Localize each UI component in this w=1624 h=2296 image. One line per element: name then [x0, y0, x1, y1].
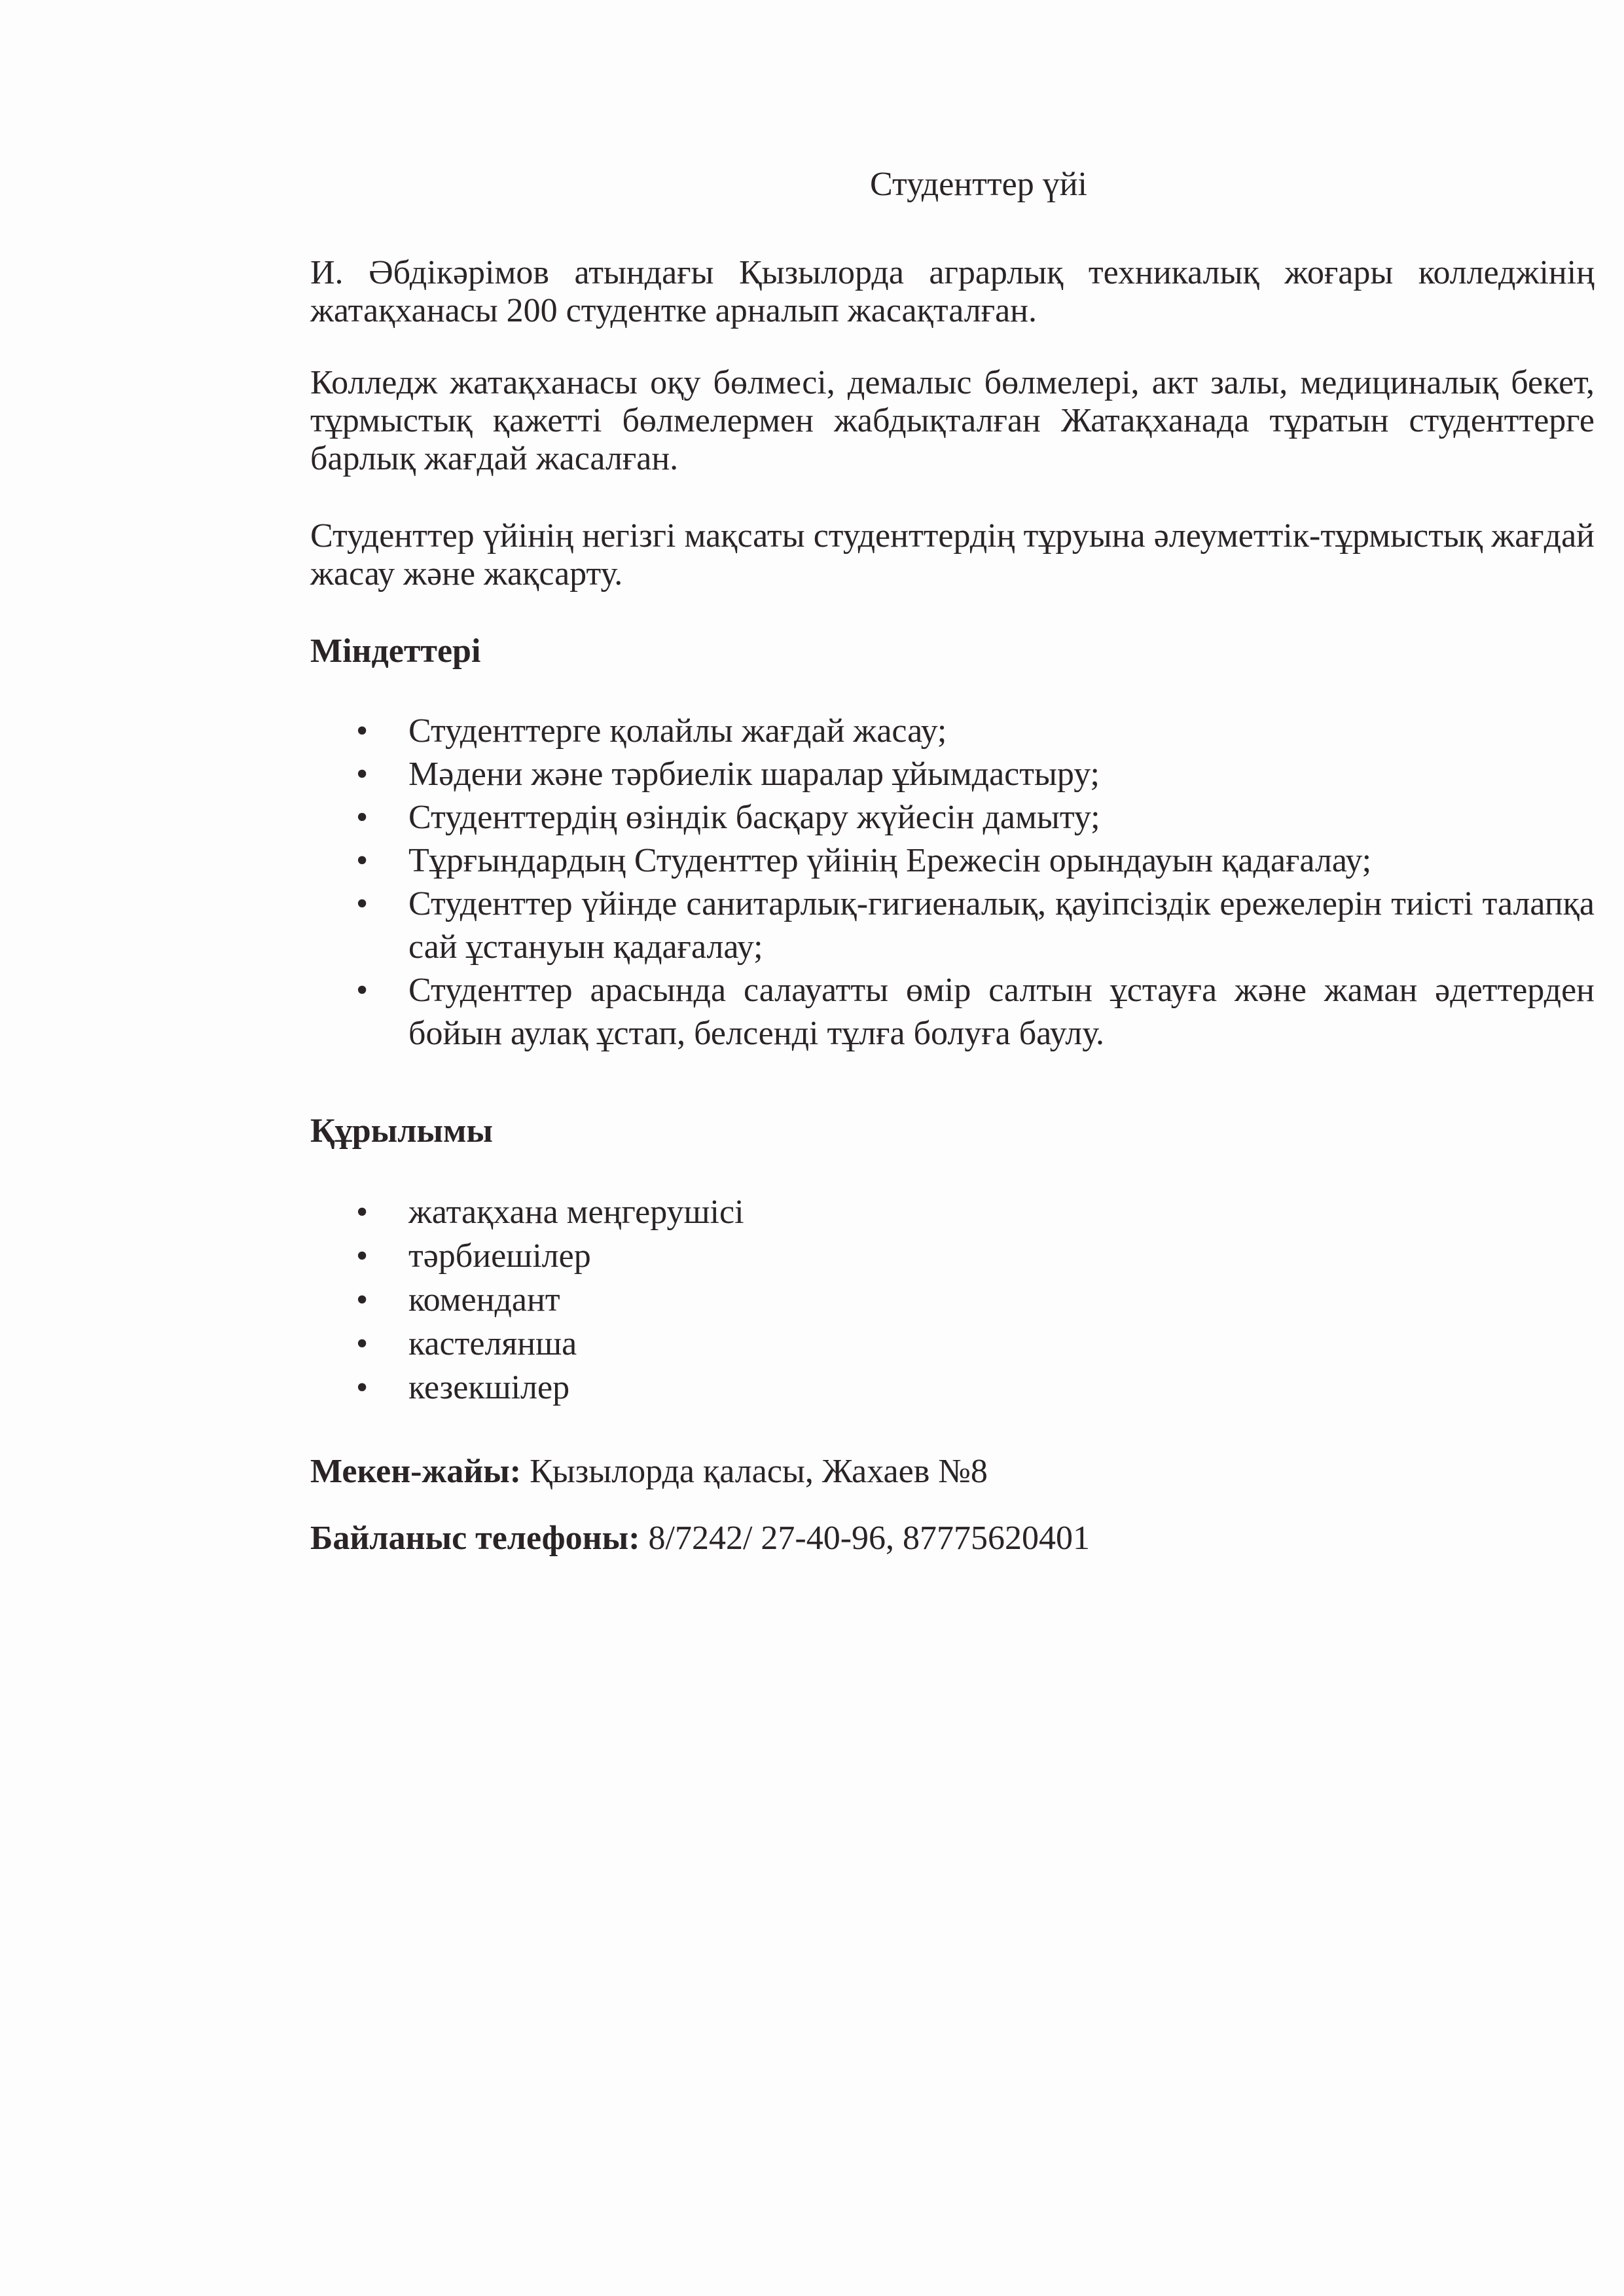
document-title: Студенттер үйі: [310, 165, 1595, 204]
address-label: Мекен-жайы:: [310, 1453, 521, 1490]
address-value: Қызылорда қаласы, Жахаев №8: [521, 1453, 988, 1490]
structure-heading: Құрылымы: [310, 1112, 493, 1150]
bullet-icon: •: [356, 1366, 368, 1410]
list-item: •кастелянша: [310, 1322, 1595, 1366]
bullet-icon: •: [356, 883, 368, 926]
list-item: •жатақхана меңгерушісі: [310, 1190, 1595, 1234]
list-item: •Тұрғындардың Студенттер үйінің Ережесін…: [310, 839, 1595, 883]
bullet-icon: •: [356, 1190, 368, 1234]
tasks-list: •Студенттерге қолайлы жағдай жасау; •Мәд…: [310, 710, 1595, 1055]
bullet-icon: •: [356, 969, 368, 1012]
tasks-heading: Міндеттері: [310, 632, 480, 670]
purpose-paragraph: Студенттер үйінің негізгі мақсаты студен…: [310, 517, 1595, 593]
list-item: •кезекшілер: [310, 1366, 1595, 1410]
list-item: •Студенттер үйінде санитарлық-гигиеналық…: [310, 883, 1595, 969]
bullet-icon: •: [356, 710, 368, 753]
list-item: •Студенттерге қолайлы жағдай жасау;: [310, 710, 1595, 753]
list-item: •Студенттер арасында салауатты өмір салт…: [310, 969, 1595, 1055]
phone-line: Байланыс телефоны: 8/7242/ 27-40-96, 877…: [310, 1519, 1090, 1558]
list-item: •комендант: [310, 1278, 1595, 1322]
bullet-icon: •: [356, 1322, 368, 1366]
phone-value: 8/7242/ 27-40-96, 87775620401: [640, 1520, 1091, 1557]
list-item: •Мәдени және тәрбиелік шаралар ұйымдасты…: [310, 753, 1595, 796]
list-item: •Студенттердің өзіндік басқару жүйесін д…: [310, 796, 1595, 839]
list-item: •тәрбиешілер: [310, 1234, 1595, 1278]
bullet-icon: •: [356, 796, 368, 839]
address-line: Мекен-жайы: Қызылорда қаласы, Жахаев №8: [310, 1452, 988, 1491]
bullet-icon: •: [356, 1278, 368, 1322]
phone-label: Байланыс телефоны:: [310, 1520, 640, 1557]
bullet-icon: •: [356, 1234, 368, 1278]
intro-paragraph: И. Әбдікәрімов атындағы Қызылорда аграрл…: [310, 254, 1595, 330]
bullet-icon: •: [356, 839, 368, 883]
facilities-paragraph: Колледж жатақханасы оқу бөлмесі, демалыс…: [310, 364, 1595, 478]
bullet-icon: •: [356, 753, 368, 796]
structure-list: •жатақхана меңгерушісі •тәрбиешілер •ком…: [310, 1190, 1595, 1410]
